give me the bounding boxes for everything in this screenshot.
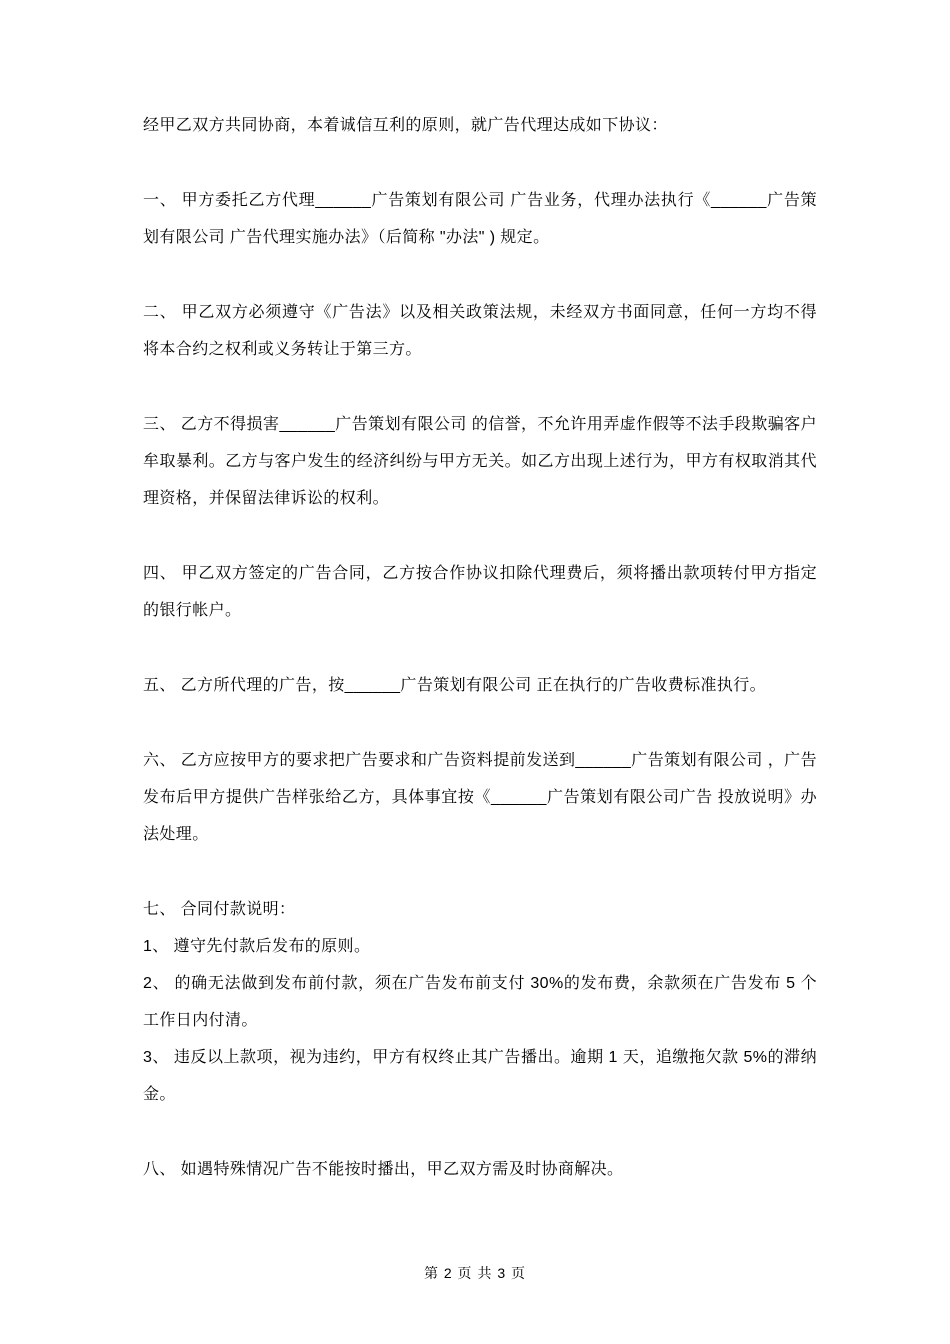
document-page: 经甲乙双方共同协商，本着诚信互利的原则，就广告代理达成如下协议： 一、 甲方委托… [0, 0, 950, 1344]
clause-3: 三、 乙方不得损害______广告策划有限公司 的信誉，不允许用弄虚作假等不法手… [143, 406, 817, 517]
clause-7-title: 七、 合同付款说明： [143, 891, 817, 928]
clause-8: 八、 如遇特殊情况广告不能按时播出，甲乙双方需及时协商解决。 [143, 1151, 817, 1188]
clause-1: 一、 甲方委托乙方代理______广告策划有限公司 广告业务，代理办法执行《__… [143, 182, 817, 256]
clause-6: 六、 乙方应按甲方的要求把广告要求和广告资料提前发送到______广告策划有限公… [143, 742, 817, 853]
clause-7-item-2: 2、 的确无法做到发布前付款，须在广告发布前支付 30%的发布费，余款须在广告发… [143, 965, 817, 1039]
clause-7-group: 七、 合同付款说明： 1、 遵守先付款后发布的原则。 2、 的确无法做到发布前付… [143, 891, 817, 1113]
intro-paragraph: 经甲乙双方共同协商，本着诚信互利的原则，就广告代理达成如下协议： [143, 107, 817, 144]
clause-4: 四、 甲乙双方签定的广告合同，乙方按合作协议扣除代理费后，须将播出款项转付甲方指… [143, 555, 817, 629]
page-number-footer: 第 2 页 共 3 页 [0, 1263, 950, 1283]
clause-7-item-1: 1、 遵守先付款后发布的原则。 [143, 928, 817, 965]
clause-2: 二、 甲乙双方必须遵守《广告法》以及相关政策法规，未经双方书面同意，任何一方均不… [143, 294, 817, 368]
clause-5: 五、 乙方所代理的广告，按______广告策划有限公司 正在执行的广告收费标准执… [143, 667, 817, 704]
clause-7-item-3: 3、 违反以上款项，视为违约，甲方有权终止其广告播出。逾期 1 天，追缴拖欠款 … [143, 1039, 817, 1113]
